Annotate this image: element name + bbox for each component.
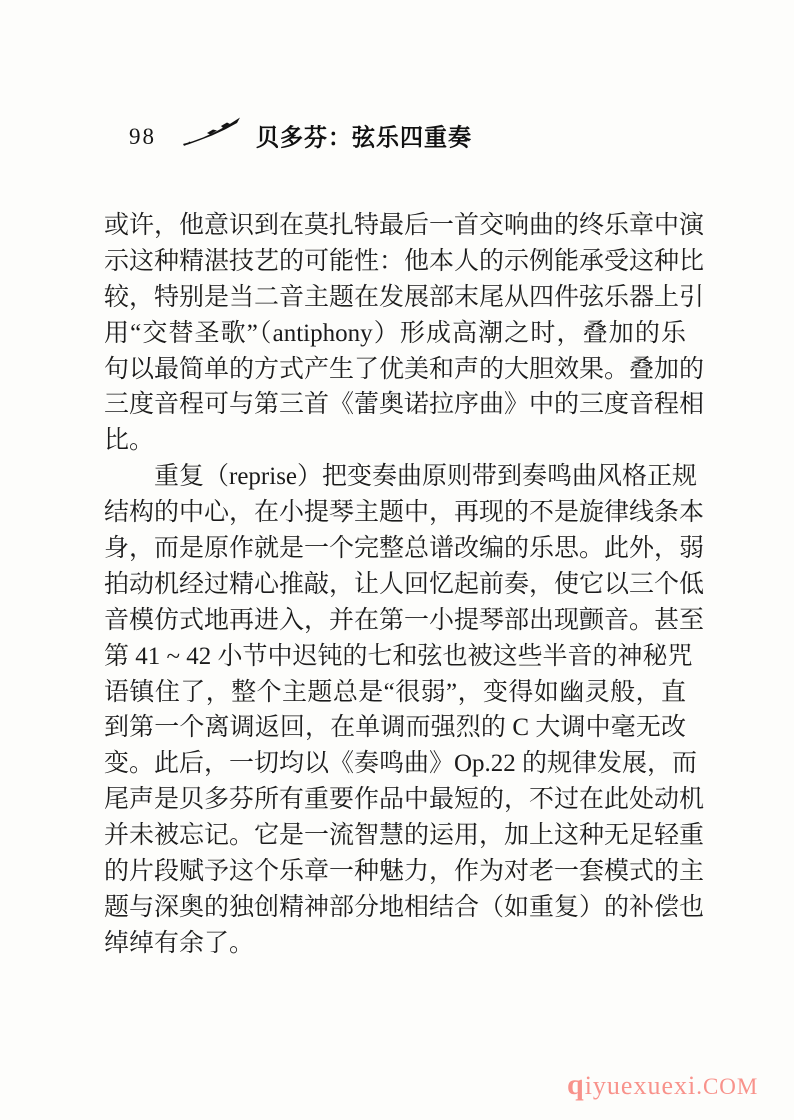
text-line: 语镇住了，整个主题总是“很弱”，变得如幽灵般，直 [104,675,686,711]
text-line: 尾声是贝多芬所有重要作品中最短的，不过在此处动机 [104,782,686,818]
text-line: 第 41 ~ 42 小节中迟钝的七和弦也被这些半音的神秘咒 [104,639,686,675]
page-body: 或许，他意识到在莫扎特最后一首交响曲的终乐章中演示这种精湛技艺的可能性：他本人的… [104,208,686,962]
text-line: 示这种精湛技艺的可能性：他本人的示例能承受这种比 [104,244,686,280]
text-line: 身，而是原作就是一个完整总谱改编的乐思。此外，弱 [104,531,686,567]
text-line: 变。此后，一切均以《奏鸣曲》Op.22 的规律发展，而 [104,746,686,782]
running-head-title: 贝多芬：弦乐四重奏 [256,118,472,153]
text-line: 音模仿式地再进入，并在第一小提琴部出现颤音。甚至 [104,603,686,639]
text-line: 比。 [104,423,686,459]
text-line: 并未被忘记。它是一流智慧的运用，加上这种无足轻重 [104,818,686,854]
text-line: 结构的中心，在小提琴主题中，再现的不是旋律线条本 [104,495,686,531]
text-line: 的片段赋予这个乐章一种魅力，作为对老一套模式的主 [104,854,686,890]
page-number: 98 [129,124,156,150]
watermark-middle-text: iyuexuexi [585,1071,697,1100]
paragraph: 或许，他意识到在莫扎特最后一首交响曲的终乐章中演示这种精湛技艺的可能性：他本人的… [104,208,686,459]
text-line: 重复（reprise）把变奏曲原则带到奏鸣曲风格正规 [104,459,686,495]
text-line: 三度音程可与第三首《蕾奥诺拉序曲》中的三度音程相 [104,387,686,423]
text-line: 用“交替圣歌”（antiphony）形成高潮之时，叠加的乐 [104,316,686,352]
brush-stroke-icon [183,116,241,146]
site-watermark: qiyuexuexi.COM [567,1068,758,1102]
text-line: 题与深奥的独创精神部分地相结合（如重复）的补偿也 [104,890,686,926]
text-line: 绰绰有余了。 [104,926,686,962]
watermark-suffix-text: .COM [696,1074,758,1099]
book-page: 98 贝多芬：弦乐四重奏 或许，他意识到在莫扎特最后一首交响曲的终乐章中演示这种… [0,0,794,1120]
text-line: 较，特别是当二音主题在发展部末尾从四件弦乐器上引 [104,280,686,316]
watermark-initial-letter: q [567,1068,585,1101]
text-line: 或许，他意识到在莫扎特最后一首交响曲的终乐章中演 [104,208,686,244]
text-line: 句以最简单的方式产生了优美和声的大胆效果。叠加的 [104,352,686,388]
text-line: 到第一个离调返回，在单调而强烈的 C 大调中毫无改 [104,710,686,746]
paragraph: 重复（reprise）把变奏曲原则带到奏鸣曲风格正规结构的中心，在小提琴主题中，… [104,459,686,961]
page-header: 98 贝多芬：弦乐四重奏 [0,0,794,170]
text-line: 拍动机经过精心推敲，让人回忆起前奏，使它以三个低 [104,567,686,603]
